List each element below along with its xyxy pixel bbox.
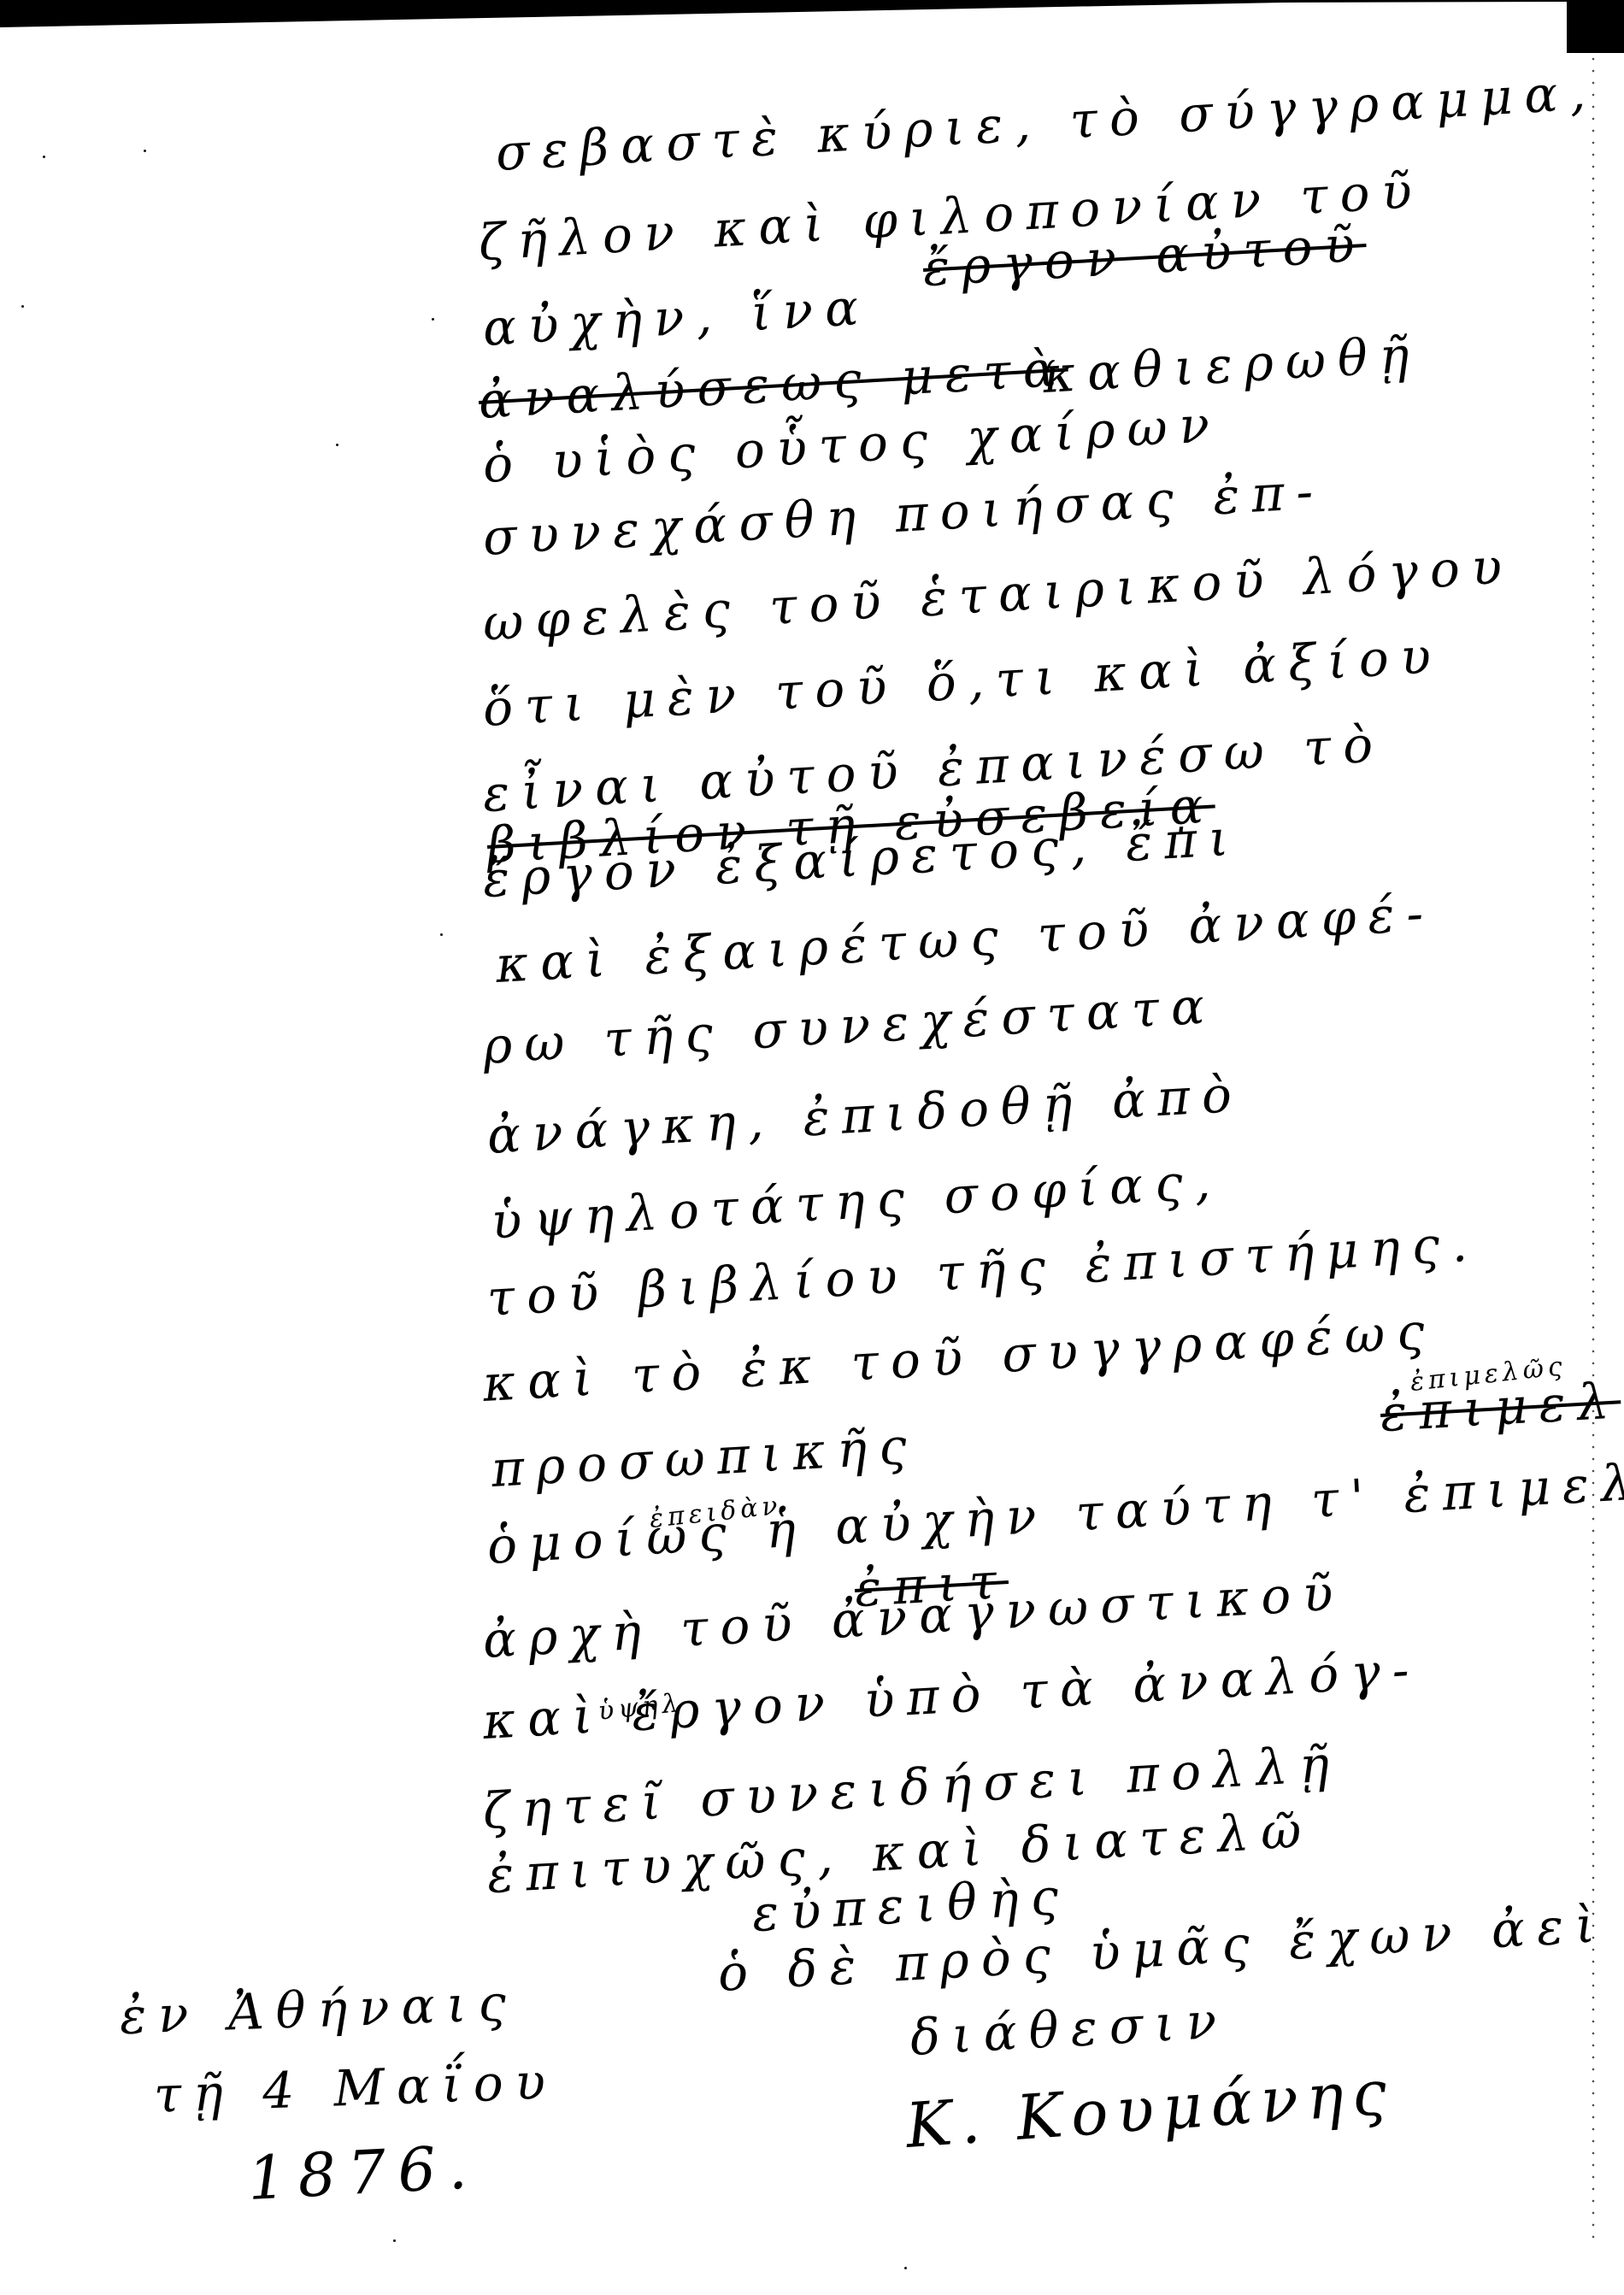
manuscript-line: προσωπικῆς — [490, 1421, 920, 1494]
manuscript-line: ὑψηλοτάτης σοφίας, — [490, 1156, 1223, 1246]
manuscript-line: καὶ ἐξαιρέτως τοῦ ἀναφέ- — [494, 888, 1436, 990]
manuscript-line: ὅτι μὲν τοῦ ὅ,τι καὶ ἀξίου — [481, 630, 1444, 733]
manuscript-line: αὐχὴν, ἵνα — [481, 282, 871, 353]
manuscript-line: καὶ τὸ ἐκ τοῦ συγγραφέως — [481, 1306, 1438, 1409]
manuscript-line: ἀνάγκη, ἐπιδοθῇ ἀπὸ — [485, 1069, 1244, 1161]
closing-line: διάθεσιν — [909, 1995, 1229, 2063]
signature: Κ. Κουμάνης — [903, 2056, 1397, 2162]
manuscript-line: ρω τῆς συνεχέστατα — [481, 980, 1217, 1071]
manuscript-line: καθιερωθῇ — [1041, 329, 1422, 400]
manuscript-line: σεβαστὲ κύριε, τὸ σύγγραμμα, — [494, 67, 1598, 178]
struck-word: ἐπιτ — [853, 1556, 1009, 1614]
place-text: ἐν Ἀθήναις — [119, 1978, 524, 2041]
place-date-block: ἐν Ἀθήναις τῇ 4 Μαΐου 1876. — [120, 1992, 523, 2238]
date-day-month: τῇ 4 Μαΐου — [153, 2057, 558, 2120]
date-year: 1876. — [246, 2127, 652, 2209]
manuscript-page: σεβαστὲ κύριε, τὸ σύγγραμμα,ζῆλον καὶ φι… — [0, 0, 1624, 2295]
